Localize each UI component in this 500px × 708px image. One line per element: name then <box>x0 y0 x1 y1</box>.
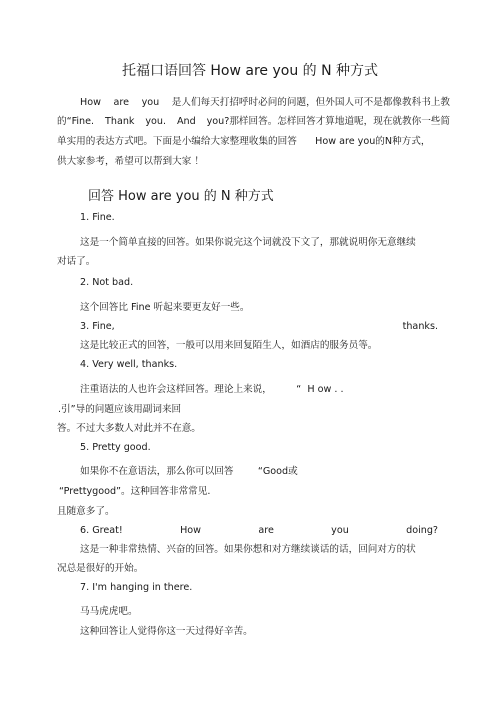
intro-line-2: 的“Fine. Thank you. And you?那样回答。怎样回答才算地道… <box>57 116 450 128</box>
heading-part: 3. Fine, <box>80 321 115 333</box>
item-heading: 3. Fine, thanks. <box>80 321 438 333</box>
item-body: 这是比较正式的回答，一般可以用来回复陌生人，如酒店的服务员等。 <box>80 340 377 352</box>
item-body: 且随意多了。 <box>57 506 115 518</box>
item-body: 注重语法的人也许会这样回答。理论上来说， “ H ow . . <box>80 384 344 396</box>
document-title: 托福口语回答 How are you 的 N 种方式 <box>0 62 500 80</box>
intro-word: Thank <box>105 116 134 128</box>
intro-line-4: 供大家参考，希望可以帮到大家 ！ <box>57 156 204 168</box>
intro-line-3: 单实用的表达方式吧。下面是小编给大家整理收集的回答 How are you的N种… <box>57 136 430 148</box>
item-body: 马马虎虎吧。 <box>80 606 138 618</box>
intro-line-1: How are you 是人们每天打招呼时必问的问题，但外国人可不是都像教科书上… <box>80 97 450 109</box>
heading-part: How <box>180 525 201 537</box>
item-heading: 7. I'm hanging in there. <box>80 582 192 594</box>
item-body: 如果你不在意语法，那么你可以回答 “Good或 <box>80 466 298 478</box>
item-body: 对话了。 <box>57 256 95 268</box>
intro-word: you <box>142 97 160 109</box>
heading-part: doing? <box>406 525 438 537</box>
item-body: 这个回答比 Fine 听起来要更友好一些。 <box>80 302 249 314</box>
heading-part: you <box>331 525 349 537</box>
item-heading: 2. Not bad. <box>80 277 133 289</box>
section-heading: 回答 How are you 的 N 种方式 <box>88 188 274 206</box>
heading-part: 6. Great! <box>80 525 123 537</box>
item-body: 这是一种非常热情、兴奋的回答。如果你想和对方继续谈话的话，回问对方的状 <box>80 544 416 556</box>
intro-word: you. <box>145 116 166 128</box>
intro-word: 是人们每天打招呼时必问的问题，但外国人可不是都像教科书上教 <box>172 97 450 109</box>
intro-word: 的“Fine. <box>57 116 94 128</box>
item-body: .引”导的问题应该用副词来回 <box>58 404 181 416</box>
intro-word: you?那样回答。怎样回答才算地道呢，现在就教你一些简 <box>207 116 450 128</box>
heading-part: thanks. <box>403 321 438 333</box>
intro-word: How <box>80 97 101 109</box>
item-body: 这是一个简单直接的回答。如果你说完这个词就没下文了，那就说明你无意继续 <box>80 237 416 249</box>
item-body: “Prettygood”。这种回答非常常见. <box>59 486 210 498</box>
item-heading: 5. Pretty good. <box>80 442 151 454</box>
item-body: 这种回答让人觉得你这一天过得好辛苦。 <box>80 626 253 638</box>
item-heading: 1. Fine. <box>80 212 115 224</box>
item-body: 况总是很好的开始。 <box>57 563 143 575</box>
intro-word: are <box>114 97 130 109</box>
intro-word: And <box>177 116 196 128</box>
heading-part: are <box>258 525 274 537</box>
item-body: 答。不过大多数人对此并不在意。 <box>57 423 201 435</box>
item-heading: 6. Great! How are you doing? <box>80 525 438 537</box>
item-heading: 4. Very well, thanks. <box>80 359 177 371</box>
